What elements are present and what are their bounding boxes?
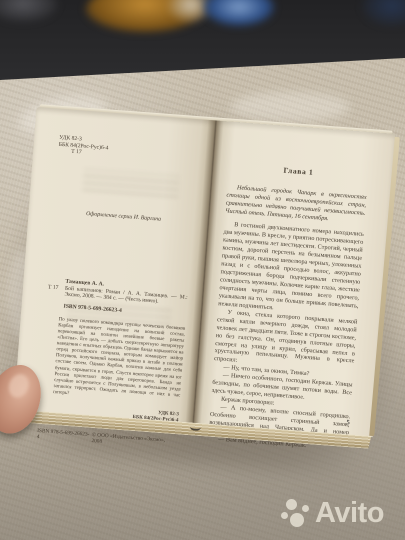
entry-code: Т 17 [47, 277, 65, 298]
page-number: 5 [346, 419, 350, 426]
chapter-title: Глава 1 [228, 162, 368, 182]
body-paragraph: У окна, стекла которого покрывали мелкой… [214, 308, 358, 374]
avito-watermark: Avito [281, 497, 384, 530]
chapter-page: Глава 1 Небольшой городок Чапарк в окрес… [193, 120, 395, 437]
body-paragraph: В гостиной двухкомнатного номера находил… [218, 221, 364, 319]
thumb-nail [5, 371, 32, 400]
imprint-page: УДК 82-3 ББК 84(2Рос-Рус)6-4 Т 17 Оформл… [14, 107, 216, 424]
annotation-text: По указу полевого командира группы чечен… [40, 316, 186, 405]
series-design-credit: Оформление серии И. Варгина [53, 209, 193, 226]
background-object-navy [362, 0, 405, 26]
avito-watermark-label: Avito [315, 497, 384, 530]
carpet-pattern [230, 92, 350, 122]
background-object-gray [0, 0, 58, 22]
chapter-epigraph: Небольшой городок Чапарк в окрестностях … [225, 183, 367, 225]
classification-codes: УДК 82-3 ББК 84(2Рос-Рус)6-4 Т 17 [58, 135, 199, 166]
avito-logo-icon [281, 497, 312, 530]
book-spread: УДК 82-3 ББК 84(2Рос-Рус)6-4 Т 17 Оформл… [14, 107, 396, 437]
open-book: УДК 82-3 ББК 84(2Рос-Рус)6-4 Т 17 Оформл… [13, 107, 396, 453]
book-photo-scene: УДК 82-3 ББК 84(2Рос-Рус)6-4 Т 17 Оформл… [0, 0, 405, 540]
background-object-blue [204, 0, 274, 26]
